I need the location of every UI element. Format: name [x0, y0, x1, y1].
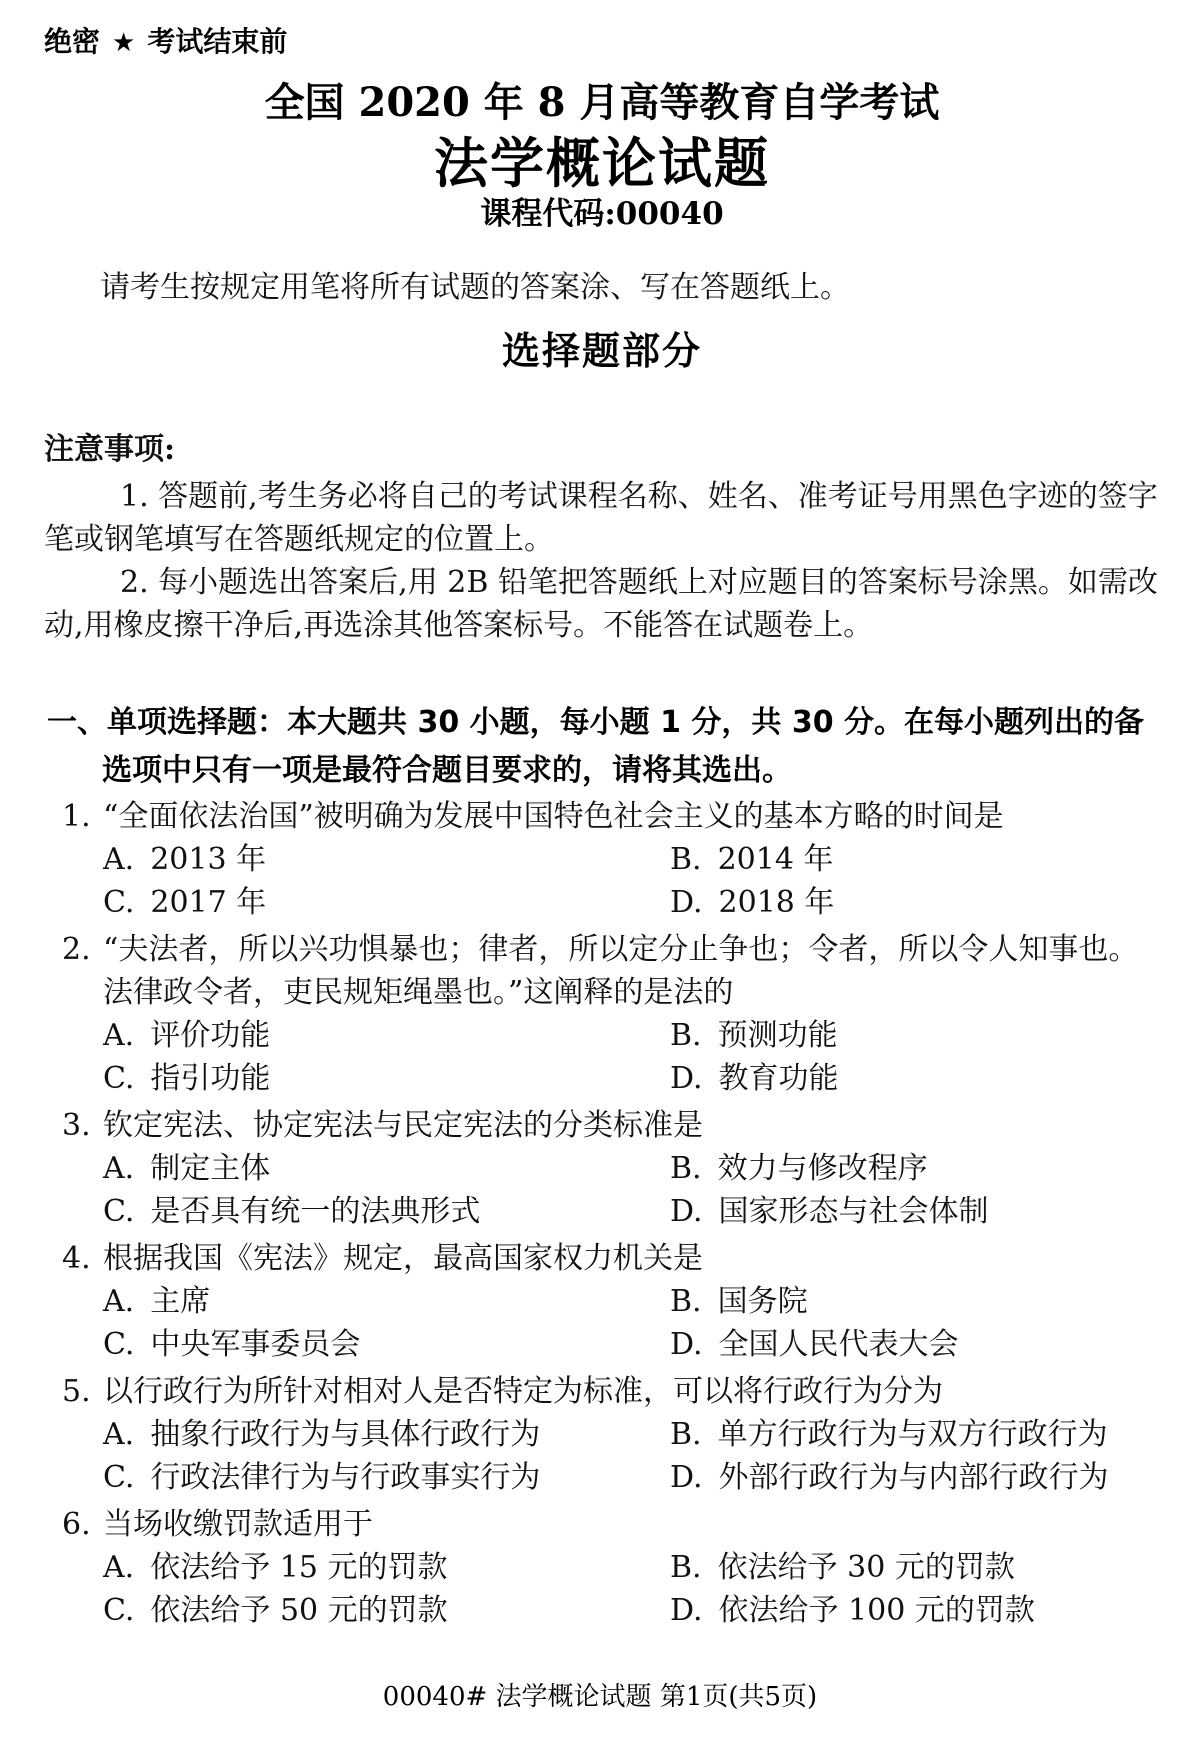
question-number: 1.	[62, 795, 91, 838]
question-3: 3.钦定宪法、协定宪法与民定宪法的分类标准是 A.制定主体 B.效力与修改程序 …	[44, 1104, 1160, 1233]
option-c: C.指引功能	[103, 1057, 670, 1100]
option-b: B.效力与修改程序	[670, 1147, 1160, 1190]
option-text: 2013 年	[150, 842, 266, 877]
option-label: C.	[103, 1061, 134, 1096]
option-label: B.	[670, 1417, 702, 1452]
option-text: 主席	[150, 1284, 210, 1319]
option-a: A.制定主体	[103, 1147, 670, 1190]
option-label: D.	[670, 885, 703, 920]
question-2: 2.“夫法者，所以兴功惧暴也；律者，所以定分止争也；令者，所以令人知事也。法律政…	[44, 928, 1160, 1100]
option-c: C.中央军事委员会	[103, 1323, 670, 1366]
option-text: 全国人民代表大会	[719, 1327, 959, 1362]
question-stem-row: 5.以行政行为所针对相对人是否特定为标准，可以将行政行为分为	[44, 1370, 1160, 1413]
option-d: D.外部行政行为与内部行政行为	[670, 1456, 1160, 1499]
option-b: B.单方行政行为与双方行政行为	[670, 1413, 1160, 1456]
exam-session-title: 全国 2020 年 8 月高等教育自学考试	[44, 79, 1160, 127]
option-text: 预测功能	[718, 1018, 838, 1053]
option-label: A.	[103, 1550, 134, 1585]
option-d: D.教育功能	[670, 1057, 1160, 1100]
option-a: A.2013 年	[103, 838, 670, 881]
question-number: 3.	[62, 1104, 91, 1147]
option-text: 依法给予 50 元的罚款	[150, 1593, 447, 1628]
notes-title: 注意事项:	[44, 433, 1160, 467]
option-text: 国家形态与社会体制	[719, 1194, 989, 1229]
note-item-1: 1. 答题前,考生务必将自己的考试课程名称、姓名、准考证号用黑色字迹的签字笔或钢…	[44, 475, 1160, 561]
option-text: 抽象行政行为与具体行政行为	[150, 1417, 540, 1452]
option-text: 依法给予 100 元的罚款	[719, 1593, 1035, 1628]
classification-line: 绝密★考试结束前	[44, 26, 1160, 59]
option-label: D.	[670, 1327, 703, 1362]
option-text: 中央军事委员会	[150, 1327, 360, 1362]
question-stem: 以行政行为所针对相对人是否特定为标准，可以将行政行为分为	[103, 1374, 943, 1409]
question-5: 5.以行政行为所针对相对人是否特定为标准，可以将行政行为分为 A.抽象行政行为与…	[44, 1370, 1160, 1499]
option-label: C.	[103, 1194, 134, 1229]
question-number: 6.	[62, 1503, 91, 1546]
option-c: C.依法给予 50 元的罚款	[103, 1589, 670, 1632]
question-stem-row: 1.“全面依法治国”被明确为发展中国特色社会主义的基本方略的时间是	[44, 795, 1160, 838]
course-code: 课程代码:00040	[44, 197, 1160, 231]
options: A.2013 年 B.2014 年 C.2017 年 D.2018 年	[103, 838, 1160, 924]
option-text: 单方行政行为与双方行政行为	[718, 1417, 1108, 1452]
option-text: 是否具有统一的法典形式	[150, 1194, 480, 1229]
option-label: D.	[670, 1460, 703, 1495]
section-title: 选择题部分	[44, 331, 1160, 371]
option-a: A.依法给予 15 元的罚款	[103, 1546, 670, 1589]
option-label: C.	[103, 1460, 134, 1495]
option-text: 评价功能	[150, 1018, 270, 1053]
part-one-heading: 一、单项选择题：本大题共 30 小题，每小题 1 分，共 30 分。在每小题列出…	[44, 699, 1160, 795]
question-stem: 根据我国《宪法》规定，最高国家权力机关是	[103, 1241, 703, 1276]
question-number: 4.	[62, 1237, 91, 1280]
option-text: 依法给予 15 元的罚款	[150, 1550, 447, 1585]
question-number: 2.	[62, 928, 91, 971]
option-label: D.	[670, 1061, 703, 1096]
option-label: A.	[103, 1151, 134, 1186]
option-a: A.主席	[103, 1280, 670, 1323]
question-stem: “夫法者，所以兴功惧暴也；律者，所以定分止争也；令者，所以令人知事也。法律政令者…	[103, 932, 1138, 1010]
option-d: D.全国人民代表大会	[670, 1323, 1160, 1366]
options: A.主席 B.国务院 C.中央军事委员会 D.全国人民代表大会	[103, 1280, 1160, 1366]
option-label: B.	[670, 1151, 702, 1186]
option-b: B.国务院	[670, 1280, 1160, 1323]
option-b: B.预测功能	[670, 1014, 1160, 1057]
option-d: D.国家形态与社会体制	[670, 1190, 1160, 1233]
option-label: A.	[103, 1018, 134, 1053]
question-stem-row: 6.当场收缴罚款适用于	[44, 1503, 1160, 1546]
option-a: A.抽象行政行为与具体行政行为	[103, 1413, 670, 1456]
option-b: B.依法给予 30 元的罚款	[670, 1546, 1160, 1589]
options: A.制定主体 B.效力与修改程序 C.是否具有统一的法典形式 D.国家形态与社会…	[103, 1147, 1160, 1233]
options: A.抽象行政行为与具体行政行为 B.单方行政行为与双方行政行为 C.行政法律行为…	[103, 1413, 1160, 1499]
option-text: 国务院	[718, 1284, 808, 1319]
option-d: D.2018 年	[670, 881, 1160, 924]
question-stem-row: 4.根据我国《宪法》规定，最高国家权力机关是	[44, 1237, 1160, 1280]
classification-label: 绝密	[44, 25, 100, 58]
options: A.依法给予 15 元的罚款 B.依法给予 30 元的罚款 C.依法给予 50 …	[103, 1546, 1160, 1632]
option-label: B.	[670, 1018, 702, 1053]
question-stem-row: 2.“夫法者，所以兴功惧暴也；律者，所以定分止争也；令者，所以令人知事也。法律政…	[44, 928, 1160, 1014]
option-label: B.	[670, 1550, 702, 1585]
option-label: C.	[103, 1327, 134, 1362]
option-text: 指引功能	[150, 1061, 270, 1096]
star-icon: ★	[112, 28, 135, 58]
option-label: A.	[103, 1284, 134, 1319]
answer-instruction: 请考生按规定用笔将所有试题的答案涂、写在答题纸上。	[44, 271, 1160, 305]
question-4: 4.根据我国《宪法》规定，最高国家权力机关是 A.主席 B.国务院 C.中央军事…	[44, 1237, 1160, 1366]
exam-stage-label: 考试结束前	[147, 25, 287, 58]
option-label: B.	[670, 842, 702, 877]
option-label: D.	[670, 1593, 703, 1628]
option-a: A.评价功能	[103, 1014, 670, 1057]
option-label: D.	[670, 1194, 703, 1229]
note-item-2: 2. 每小题选出答案后,用 2B 铅笔把答题纸上对应题目的答案标号涂黑。如需改动…	[44, 561, 1160, 647]
option-text: 行政法律行为与行政事实行为	[150, 1460, 540, 1495]
page-footer: 00040# 法学概论试题 第1页(共5页)	[0, 1682, 1200, 1712]
options: A.评价功能 B.预测功能 C.指引功能 D.教育功能	[103, 1014, 1160, 1100]
option-c: C.行政法律行为与行政事实行为	[103, 1456, 670, 1499]
question-number: 5.	[62, 1370, 91, 1413]
question-stem: “全面依法治国”被明确为发展中国特色社会主义的基本方略的时间是	[103, 799, 1004, 834]
question-stem: 当场收缴罚款适用于	[103, 1507, 373, 1542]
option-label: B.	[670, 1284, 702, 1319]
question-1: 1.“全面依法治国”被明确为发展中国特色社会主义的基本方略的时间是 A.2013…	[44, 795, 1160, 924]
option-text: 2018 年	[719, 885, 835, 920]
option-label: C.	[103, 1593, 134, 1628]
option-c: C.是否具有统一的法典形式	[103, 1190, 670, 1233]
option-text: 制定主体	[150, 1151, 270, 1186]
option-text: 2014 年	[718, 842, 834, 877]
option-text: 依法给予 30 元的罚款	[718, 1550, 1015, 1585]
question-stem-row: 3.钦定宪法、协定宪法与民定宪法的分类标准是	[44, 1104, 1160, 1147]
exam-paper-page: 绝密★考试结束前 全国 2020 年 8 月高等教育自学考试 法学概论试题 课程…	[0, 0, 1200, 1748]
notes-block: 注意事项: 1. 答题前,考生务必将自己的考试课程名称、姓名、准考证号用黑色字迹…	[44, 433, 1160, 647]
subject-title: 法学概论试题	[44, 135, 1160, 193]
option-text: 教育功能	[719, 1061, 839, 1096]
question-stem: 钦定宪法、协定宪法与民定宪法的分类标准是	[103, 1108, 703, 1143]
option-text: 效力与修改程序	[718, 1151, 928, 1186]
option-c: C.2017 年	[103, 881, 670, 924]
option-d: D.依法给予 100 元的罚款	[670, 1589, 1160, 1632]
option-b: B.2014 年	[670, 838, 1160, 881]
option-label: A.	[103, 842, 134, 877]
option-label: C.	[103, 885, 134, 920]
question-6: 6.当场收缴罚款适用于 A.依法给予 15 元的罚款 B.依法给予 30 元的罚…	[44, 1503, 1160, 1632]
option-label: A.	[103, 1417, 134, 1452]
option-text: 2017 年	[150, 885, 266, 920]
option-text: 外部行政行为与内部行政行为	[719, 1460, 1109, 1495]
